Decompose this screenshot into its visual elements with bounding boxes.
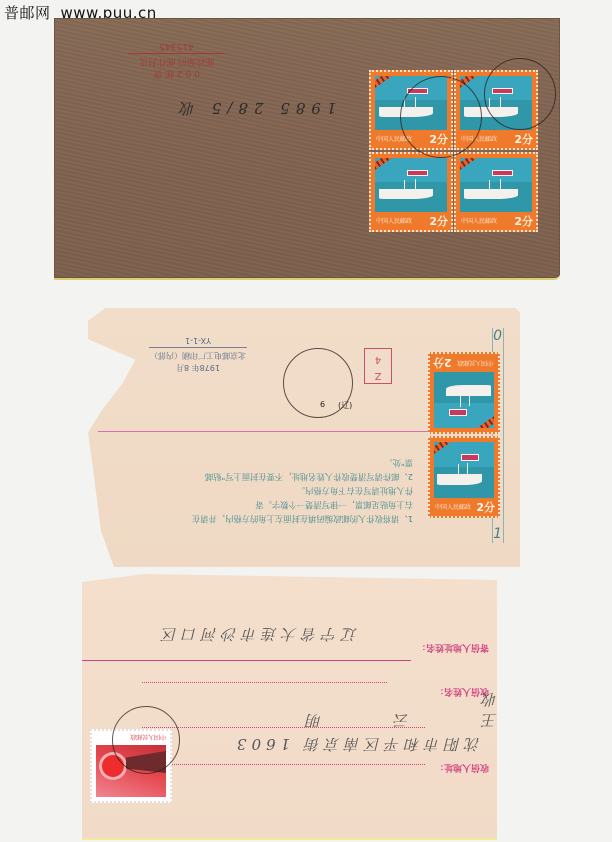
stamp-country: 中国人民邮政 <box>376 216 412 225</box>
postmark <box>112 706 180 774</box>
print-code: YX-1-1 <box>143 334 253 346</box>
sender-line <box>82 660 411 661</box>
sender-handwriting: 辽宁省大连市沙河口区 <box>157 624 357 645</box>
note-line: 1、请将收件人的邮政编码填在封面左上角的方格内，并请在 <box>188 512 413 526</box>
postmark-number: 6 <box>320 400 325 409</box>
note-line: 右上角贴足邮票，一律写清楚一个数字。寄 <box>188 498 413 512</box>
ship-icon <box>464 189 518 199</box>
ship-icon <box>437 474 482 484</box>
postmark <box>400 76 482 158</box>
cargo-icon <box>449 409 467 415</box>
stamp-country: 中国人民邮政 <box>457 359 493 368</box>
cargo-icon <box>407 170 428 176</box>
note-line: 2、邮件请写清楚收件人姓名地址，不要在封面上写"贴邮票"处。 <box>188 456 413 484</box>
sender-rule <box>128 53 225 54</box>
instruction-notes: 1、请将收件人的邮政编码填在封面左上角的方格内，并请在 右上角贴足邮票，一律写清… <box>188 456 413 526</box>
stamp-vignette <box>434 372 494 428</box>
stamp-denomination: 2分 <box>433 355 452 371</box>
stamp-denomination: 2分 <box>514 213 533 229</box>
ship-icon <box>379 189 433 199</box>
recipient-name-handwriting: 王 云 明 收 <box>202 689 497 731</box>
print-date: 1978年 8月 <box>143 361 253 373</box>
stamp-vignette <box>434 442 494 498</box>
sender-line-2: 邮政编码 邮件封皮 <box>124 55 229 67</box>
sender-line-3: 415345 <box>124 40 229 52</box>
harbour-stamp: 中国人民邮政2分 <box>428 352 500 434</box>
sender-line-1: 0 0.2 邮 资 <box>124 67 229 79</box>
recipient-address-line <box>142 727 425 728</box>
recipient-address-label: 收信人地址： <box>435 762 489 775</box>
harbour-stamp: 中国人民邮政2分 <box>369 152 453 232</box>
printed-sender-block: 0 0.2 邮 资 邮政编码 邮件封皮 415345 <box>124 40 229 79</box>
plain-envelope: 寄信人地址姓名： 辽宁省大连市沙河口区 收信人姓名： 王 云 明 收 沈阳市和平… <box>82 574 497 840</box>
return-rule <box>149 347 247 348</box>
recipient-name-line <box>142 682 387 683</box>
postmark <box>484 58 556 130</box>
cargo-icon <box>461 454 479 460</box>
stamp-denomination: 2分 <box>476 499 495 515</box>
note-line: 件人地址请写在右下角方格内。 <box>188 484 413 498</box>
scale-label-bottom: 1 <box>493 526 502 542</box>
printed-return-block: 1978年 8月 北京邮电工厂印刷（内部） YX-1-1 <box>143 334 253 373</box>
divider-line <box>98 431 480 432</box>
cargo-icon <box>492 170 513 176</box>
torn-envelope: 1978年 8月 北京邮电工厂印刷（内部） YX-1-1 Z 4 6 (辽) 1… <box>88 308 520 567</box>
boxed-mark-bottom: 4 <box>365 351 391 367</box>
stamp-vignette <box>460 158 532 212</box>
brown-envelope: 0 0.2 邮 资 邮政编码 邮件封皮 415345 1985 28/5 收 中… <box>54 18 560 280</box>
receipt-date-handwriting: 1985 28/5 收 <box>174 98 336 119</box>
recipient-address-line-2 <box>142 764 425 765</box>
printer-name: 北京邮电工厂印刷（内部） <box>143 349 253 361</box>
boxed-mark: Z 4 <box>364 348 392 384</box>
stamp-denomination: 2分 <box>514 131 533 147</box>
scale-label-top: 0 <box>493 328 502 344</box>
site-name: 普邮网 <box>4 4 51 22</box>
recipient-address-handwriting: 沈阳市和平区南京街 1603 <box>232 734 480 755</box>
harbour-stamp: 中国人民邮政2分 <box>454 152 538 232</box>
stamp-denomination: 2分 <box>429 213 448 229</box>
postmark-region: (辽) <box>338 400 352 411</box>
stamp-country: 中国人民邮政 <box>435 502 471 511</box>
boxed-mark-top: Z <box>365 367 391 383</box>
stamp-country: 中国人民邮政 <box>461 216 497 225</box>
sender-label: 寄信人地址姓名： <box>417 642 489 655</box>
harbour-stamp: 中国人民邮政2分 <box>428 436 500 518</box>
stamp-vignette <box>375 158 447 212</box>
